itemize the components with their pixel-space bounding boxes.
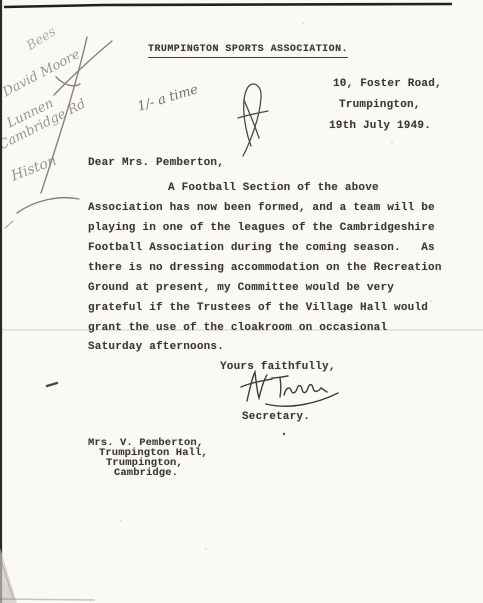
body-line: grant the use of the cloakroom on occasi… xyxy=(88,322,387,334)
stray-dot xyxy=(283,433,285,435)
scanned-letter-page: TRUMPINGTON SPORTS ASSOCIATION. 10, Fost… xyxy=(0,0,483,603)
sender-address-line: 10, Foster Road, xyxy=(333,78,442,90)
pencil-note-line: David Moore xyxy=(0,47,82,100)
recipient-address-line: Cambridge. xyxy=(114,467,178,479)
body-line: Association has now been formed, and a t… xyxy=(88,202,435,214)
closing: Yours faithfully, xyxy=(220,361,336,373)
signature-handwriting xyxy=(241,372,338,406)
ink-monogram-scribble xyxy=(238,84,268,156)
paper-speck xyxy=(391,142,393,144)
body-line: A Football Section of the above xyxy=(168,182,379,194)
salutation: Dear Mrs. Pemberton, xyxy=(88,157,224,169)
body-line: Saturday afternoons. xyxy=(88,341,224,353)
pencil-note-line: Histon xyxy=(9,153,59,185)
ink-note: 1/- a time xyxy=(136,82,200,115)
pencil-note-line: Bees xyxy=(24,24,59,53)
sender-address-line: Trumpington, xyxy=(339,99,421,111)
body-line: playing in one of the leagues of the Cam… xyxy=(88,222,435,234)
body-line: Football Association during the coming s… xyxy=(88,242,435,254)
letter-date: 19th July 1949. xyxy=(329,120,431,132)
paper-speck xyxy=(430,300,432,302)
letter-heading: TRUMPINGTON SPORTS ASSOCIATION. xyxy=(148,44,348,58)
paper-speck xyxy=(302,22,304,24)
body-line: Ground at present, my Committee would be… xyxy=(88,282,394,294)
signature-title: Secretary. xyxy=(242,411,310,423)
scan-bottom-smudge xyxy=(0,599,95,600)
paper-speck xyxy=(120,520,122,522)
paper-speck xyxy=(205,548,207,550)
body-line: there is no dressing accommodation on th… xyxy=(88,262,442,274)
stray-ink-dash xyxy=(47,383,57,386)
scan-top-edge xyxy=(4,4,452,7)
scan-corner-shadow xyxy=(0,548,17,603)
body-line: grateful if the Trustees of the Village … xyxy=(88,302,428,314)
scan-corner-line xyxy=(1,560,13,598)
